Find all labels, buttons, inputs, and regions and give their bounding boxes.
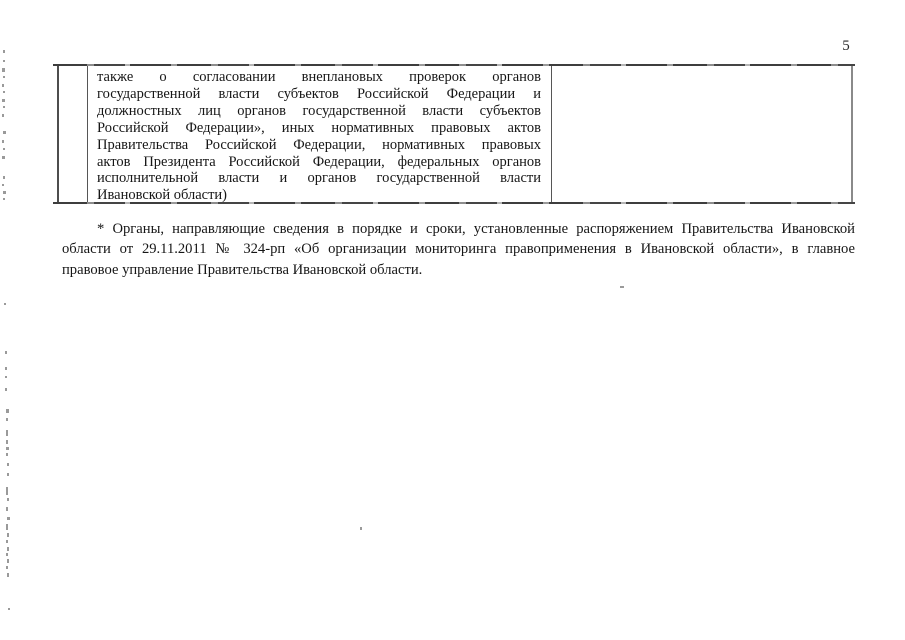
scan-noise-mark: [620, 286, 624, 288]
scan-noise-mark: [2, 140, 4, 143]
scan-noise-mark: [6, 409, 9, 413]
scan-noise-mark: [3, 176, 5, 179]
text-line: правовое управление Правительства Иванов…: [62, 260, 855, 280]
scan-noise-mark: [5, 376, 7, 378]
scan-noise-mark: [7, 547, 9, 551]
text-line: Российской Федерации», иных нормативных …: [97, 120, 541, 137]
scan-noise-mark: [3, 60, 5, 62]
text-line: области от 29.11.2011 № 324-рп «Об орган…: [62, 239, 855, 259]
scan-noise-mark: [7, 498, 9, 501]
scan-noise-mark: [3, 91, 5, 93]
scan-noise-mark: [3, 191, 6, 194]
table-cell-text: также о согласовании внеплановых проверо…: [88, 66, 551, 204]
text-line: * Органы, направляющие сведения в порядк…: [62, 219, 855, 239]
scan-noise-mark: [7, 463, 9, 466]
scan-noise-mark: [360, 527, 362, 530]
scan-noise-mark: [7, 559, 9, 563]
scan-noise-mark: [6, 430, 8, 436]
scan-noise-mark: [7, 473, 9, 476]
scan-noise-mark: [2, 156, 5, 159]
scan-noise-mark: [2, 184, 4, 186]
scan-noise-mark: [5, 367, 7, 370]
text-line: государственной власти субъектов Российс…: [97, 86, 541, 103]
text-line: Ивановской области): [97, 187, 541, 204]
scan-noise-mark: [8, 608, 10, 610]
scan-noise-mark: [3, 76, 5, 78]
scan-noise-mark: [6, 553, 8, 556]
scan-noise-mark: [4, 303, 6, 305]
scan-noise-mark: [2, 84, 4, 87]
text-line: исполнительной власти и органов государс…: [97, 170, 541, 187]
scan-noise-mark: [3, 148, 5, 150]
scan-noise-mark: [3, 131, 6, 134]
scan-noise-mark: [6, 453, 8, 456]
scan-noise-mark: [3, 198, 5, 200]
scan-noise-mark: [6, 447, 9, 450]
scan-noise-mark: [7, 573, 9, 577]
footnote-paragraph: * Органы, направляющие сведения в порядк…: [62, 219, 855, 280]
scan-noise-mark: [2, 114, 4, 117]
scan-noise-mark: [7, 517, 10, 520]
scan-noise-mark: [2, 68, 5, 72]
scan-noise-mark: [3, 50, 5, 53]
scan-noise-mark: [6, 540, 8, 543]
document-table: также о согласовании внеплановых проверо…: [57, 66, 853, 202]
scan-noise-mark: [5, 351, 7, 354]
text-line: Правительства Российской Федерации, норм…: [97, 137, 541, 154]
table-cell-right-empty: [551, 66, 853, 202]
scan-noise-mark: [2, 99, 5, 102]
table-cell-left-empty: [57, 66, 88, 202]
table-cell-main: также о согласовании внеплановых проверо…: [88, 66, 551, 202]
scan-noise-mark: [6, 440, 8, 444]
scan-noise-mark: [5, 388, 7, 391]
scan-noise-mark: [6, 524, 8, 530]
scan-noise-mark: [6, 507, 8, 511]
text-line: также о согласовании внеплановых проверо…: [97, 69, 541, 86]
scan-noise-mark: [6, 566, 8, 569]
text-line: должностных лиц органов государственной …: [97, 103, 541, 120]
scan-noise-mark: [3, 106, 5, 108]
scan-noise-mark: [6, 418, 8, 421]
scan-noise-mark: [7, 533, 9, 537]
page-number: 5: [838, 38, 854, 55]
scan-noise-mark: [6, 487, 8, 495]
text-line: актов Президента Российской Федерации, ф…: [97, 154, 541, 171]
